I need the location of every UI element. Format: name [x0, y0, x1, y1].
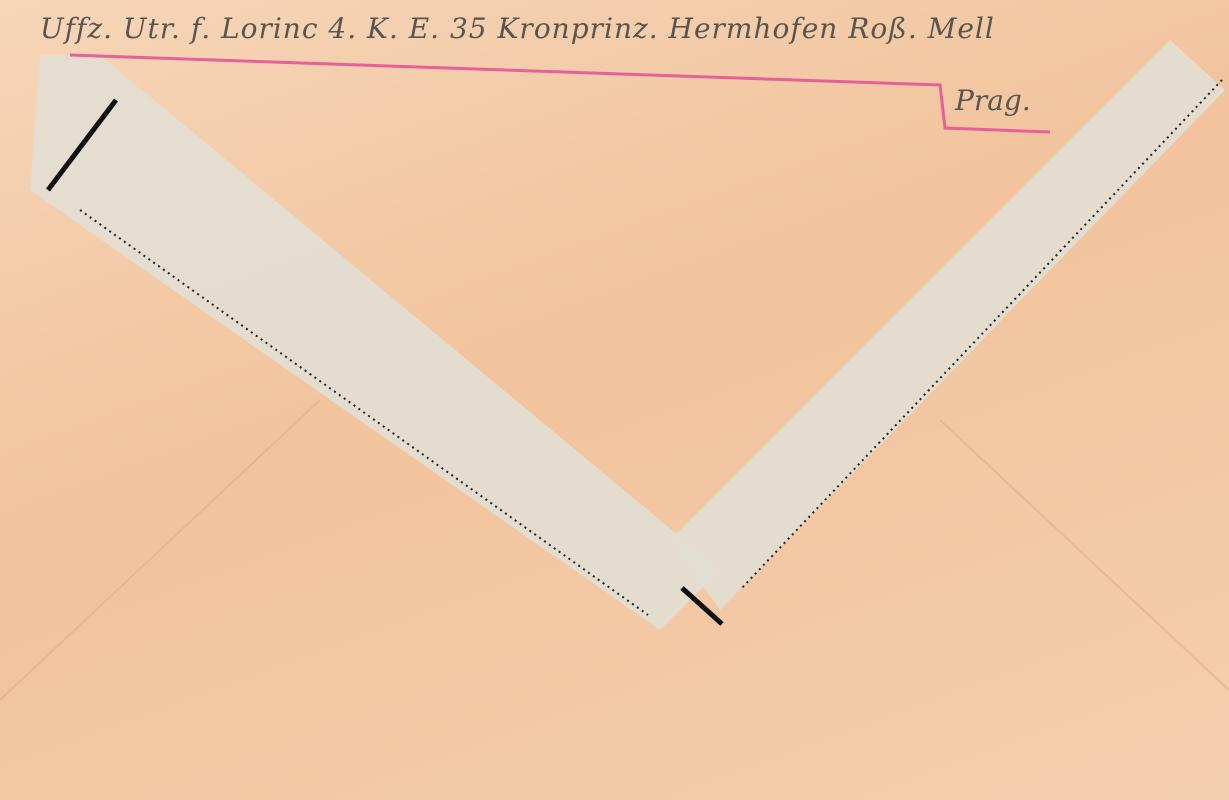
envelope-flaps	[0, 0, 1229, 800]
handwritten-address: Uffz. Utr. f. Lorinc 4. K. E. 35 Kronpri…	[40, 12, 995, 45]
handwritten-city: Prag.	[955, 84, 1031, 117]
